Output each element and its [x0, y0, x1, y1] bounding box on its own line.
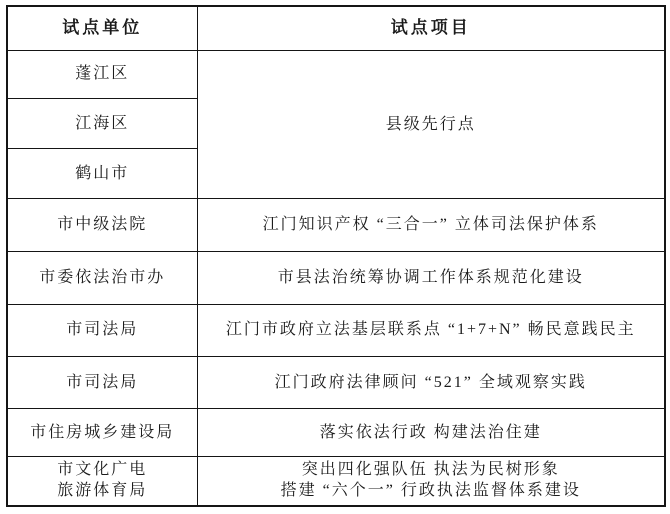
unit-cell: 蓬江区: [7, 50, 197, 98]
pilot-units-projects-table: 试点单位 试点项目 蓬江区 县级先行点 江海区 鹤山市 市中级法院 江门知识产权…: [6, 5, 666, 507]
unit-line-2: 旅游体育局: [12, 481, 193, 502]
table-header-row: 试点单位 试点项目: [7, 6, 665, 50]
unit-cell: 市司法局: [7, 304, 197, 356]
table-row: 市住房城乡建设局 落实依法行政 构建法治住建: [7, 409, 665, 457]
unit-cell-two-line: 市文化广电 旅游体育局: [7, 457, 197, 506]
project-line-2: 搭建 “六个一” 行政执法监督体系建设: [202, 481, 661, 502]
table-row: 市司法局 江门政府法律顾问 “521” 全域观察实践: [7, 356, 665, 408]
unit-cell: 江海区: [7, 98, 197, 148]
table-row: 蓬江区 县级先行点: [7, 50, 665, 98]
project-line-1: 突出四化强队伍 执法为民树形象: [202, 460, 661, 481]
table-row: 市文化广电 旅游体育局 突出四化强队伍 执法为民树形象 搭建 “六个一” 行政执…: [7, 457, 665, 506]
project-cell: 江门知识产权 “三合一” 立体司法保护体系: [197, 199, 665, 252]
project-cell: 江门市政府立法基层联系点 “1+7+N” 畅民意践民主: [197, 304, 665, 356]
unit-cell: 市委依法治市办: [7, 252, 197, 304]
unit-cell: 市司法局: [7, 356, 197, 408]
unit-cell: 市中级法院: [7, 199, 197, 252]
project-cell-merged: 县级先行点: [197, 50, 665, 199]
table-row: 市中级法院 江门知识产权 “三合一” 立体司法保护体系: [7, 199, 665, 252]
project-cell: 落实依法行政 构建法治住建: [197, 409, 665, 457]
table-row: 市委依法治市办 市县法治统筹协调工作体系规范化建设: [7, 252, 665, 304]
unit-line-1: 市文化广电: [12, 460, 193, 481]
document-page: 试点单位 试点项目 蓬江区 县级先行点 江海区 鹤山市 市中级法院 江门知识产权…: [0, 0, 670, 514]
unit-cell: 鹤山市: [7, 148, 197, 198]
header-cell-pilot-unit: 试点单位: [7, 6, 197, 50]
project-cell-two-line: 突出四化强队伍 执法为民树形象 搭建 “六个一” 行政执法监督体系建设: [197, 457, 665, 506]
project-cell: 市县法治统筹协调工作体系规范化建设: [197, 252, 665, 304]
project-cell: 江门政府法律顾问 “521” 全域观察实践: [197, 356, 665, 408]
unit-cell: 市住房城乡建设局: [7, 409, 197, 457]
header-cell-pilot-project: 试点项目: [197, 6, 665, 50]
table-row: 市司法局 江门市政府立法基层联系点 “1+7+N” 畅民意践民主: [7, 304, 665, 356]
